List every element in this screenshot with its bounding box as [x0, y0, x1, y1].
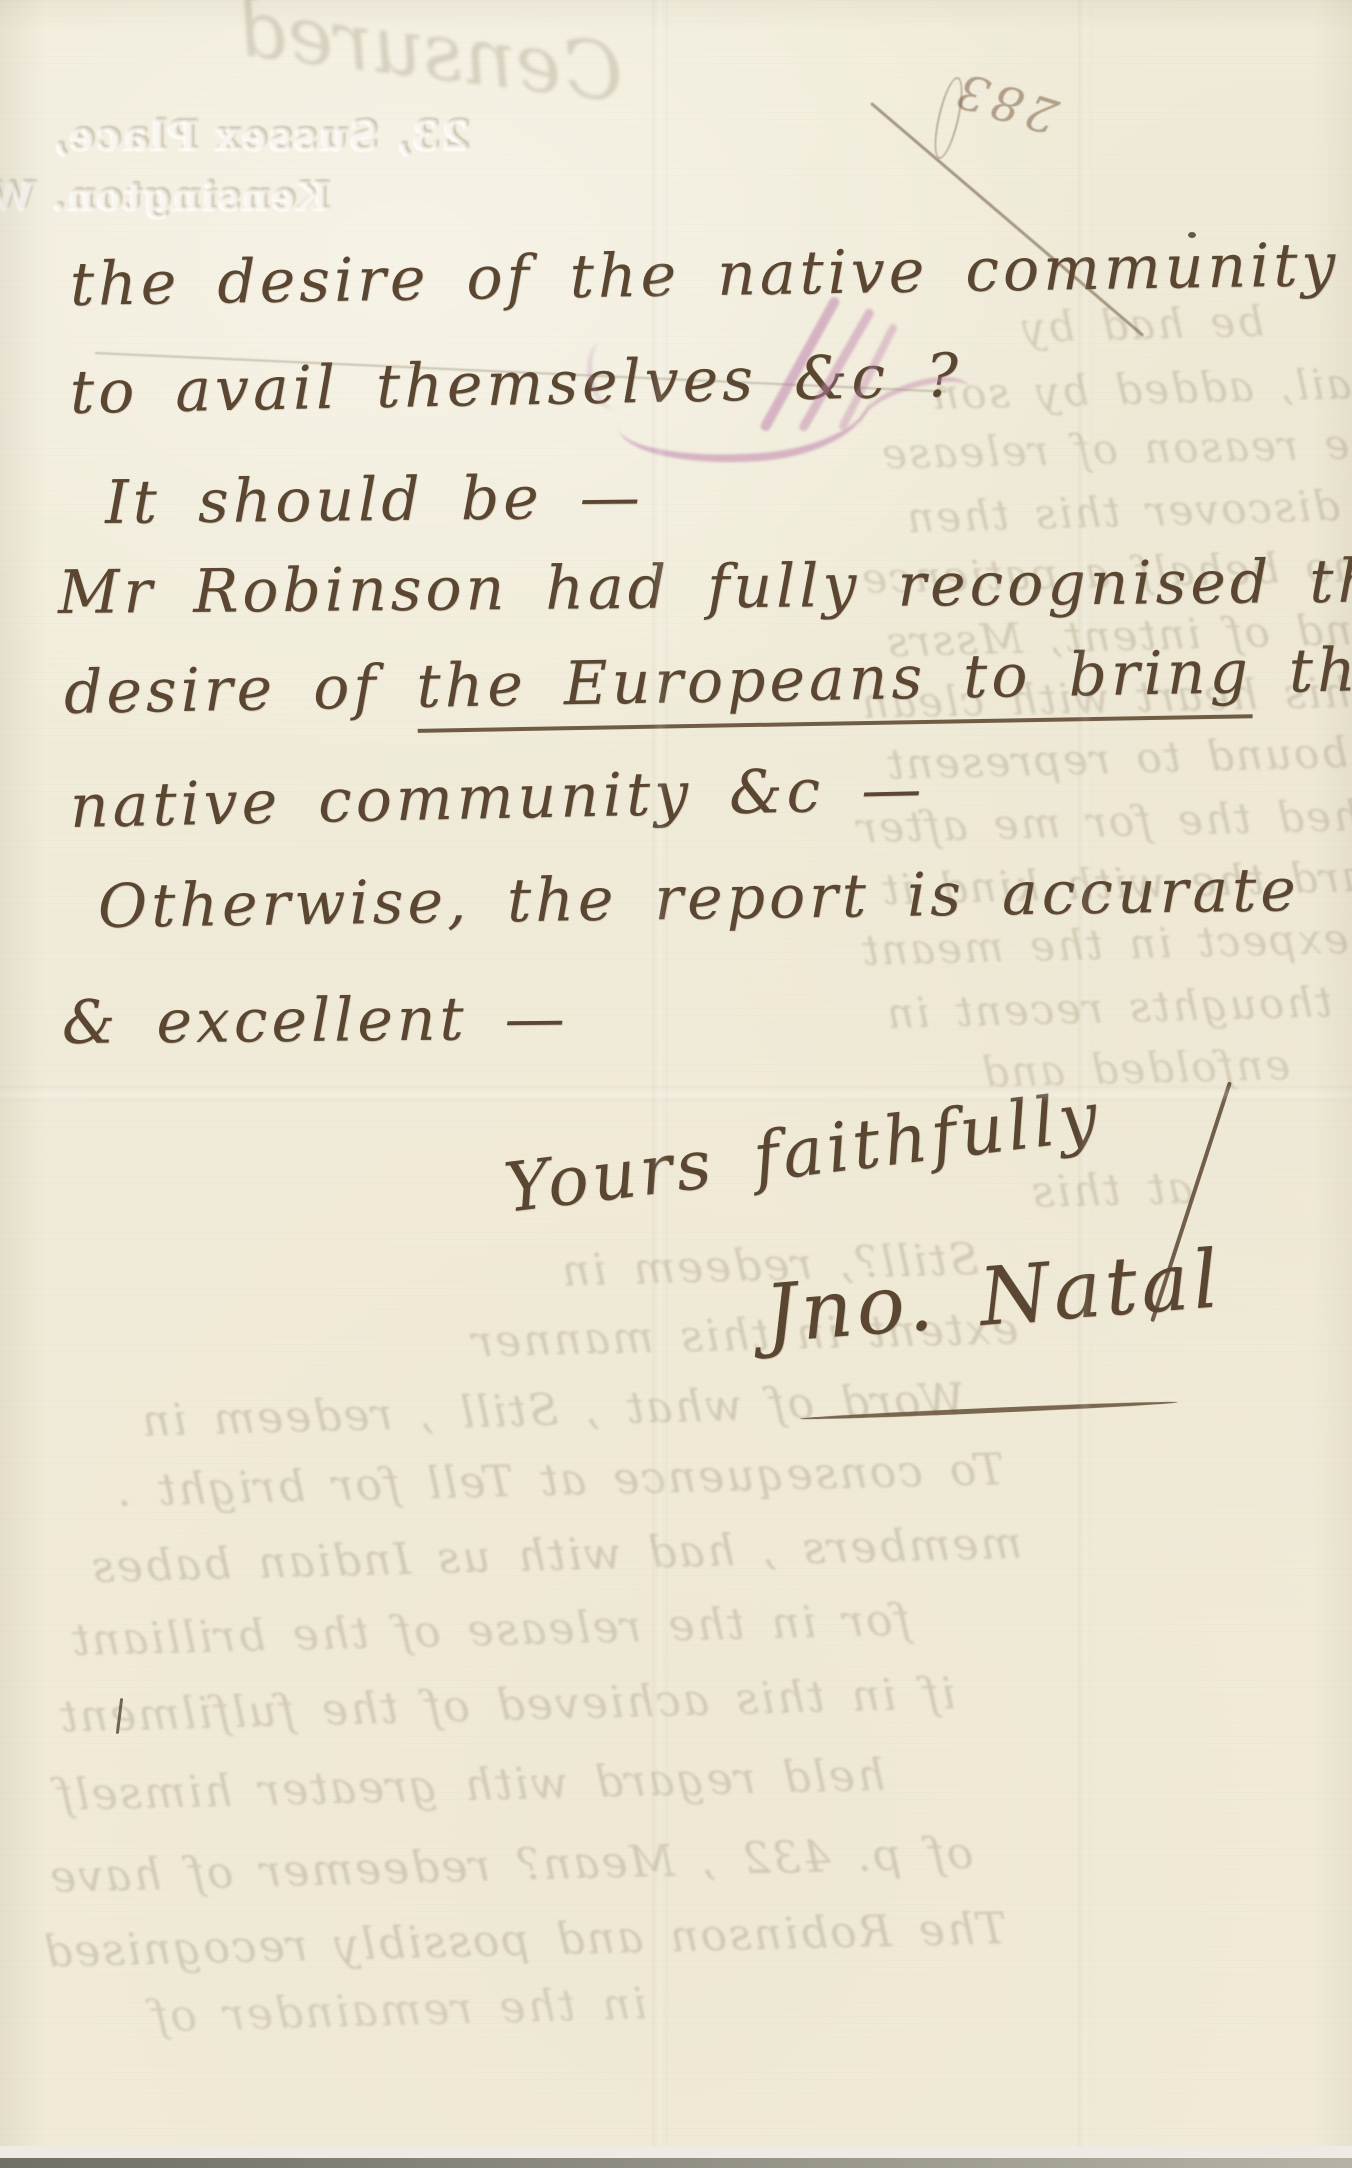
show-through-line: for in the release of the brilliant: [70, 1595, 912, 1667]
body-line-6: native community &c —: [69, 754, 926, 842]
body-line-5-pre: desire of: [63, 652, 417, 728]
letterhead-address-line2: Kensington. W.: [55, 173, 330, 218]
show-through-line: can prevail, added by son: [929, 354, 1352, 419]
show-through-line: Word of what , Still , redeem in: [139, 1374, 965, 1447]
show-through-line: members , had with us Indian babes: [89, 1518, 1022, 1593]
letter-page: be had bycan prevail, added by sonthe re…: [0, 0, 1352, 2168]
embossed-letterhead: 23, Sussex Place, Kensington. W.: [55, 112, 485, 218]
underlined-phrase: the Europeans to bring: [416, 637, 1253, 733]
body-line-4: Mr Robinson had fully recognised the: [58, 546, 1352, 628]
body-line-5: desire of the Europeans to bring the: [63, 635, 1352, 728]
show-through-line: at this: [1029, 1163, 1194, 1218]
show-through-line: of p. 432 , Mean? redeemer of have: [47, 1828, 973, 1903]
paper-edge-shade-left: [0, 0, 46, 2168]
show-through-line: the reason of release: [880, 419, 1352, 479]
letterhead-address-line1: 23, Sussex Place,: [55, 112, 470, 159]
paper-edge-shade-top: [0, 0, 1352, 30]
show-through-line: the thoughts recent in: [884, 975, 1352, 1038]
show-through-line: The Robinson and possibly recognised: [42, 1903, 1008, 1978]
scan-bottom-paper-edge: [0, 2146, 1352, 2158]
show-through-line: To consequence at Tell for bright .: [115, 1444, 1005, 1517]
scan-bottom-shadow: [0, 2158, 1352, 2168]
vertical-crease-right: [1078, 0, 1092, 2146]
body-line-8: & excellent —: [62, 984, 569, 1058]
horizontal-fold-crease: [0, 1086, 1352, 1102]
paper-edge-shade-right: [1312, 0, 1352, 2168]
show-through-line: in the remainder of: [149, 1979, 647, 2043]
show-through-line: bound to represent: [884, 728, 1348, 789]
folio-number: 283: [946, 60, 1064, 145]
show-through-line: reached the for me after: [854, 789, 1352, 853]
show-through-line: if in this achieved of the fulfilment: [57, 1668, 956, 1742]
body-line-3: It should be —: [105, 462, 644, 538]
show-through-line: held regard with greater himself: [55, 1750, 886, 1821]
vertical-crease-left: [652, 0, 668, 2146]
show-through-line: we discover this then: [904, 479, 1352, 543]
show-through-line: be had by: [1019, 297, 1264, 352]
